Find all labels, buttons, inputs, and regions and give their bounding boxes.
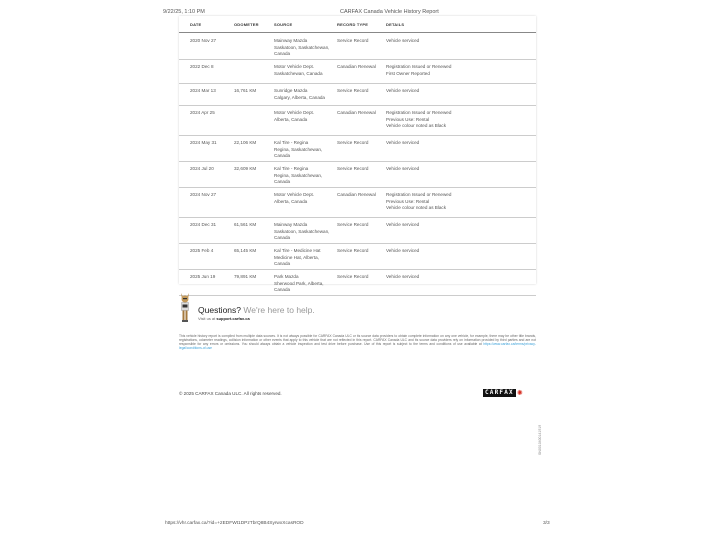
row-odometer: 61,561 KM bbox=[234, 222, 256, 229]
disclaimer: This vehicle history report is compiled … bbox=[179, 334, 536, 350]
carfax-logo: CARFAX ✺ bbox=[483, 389, 523, 397]
table-row: 2020 Nov 27Mainway MazdaSaskatoon, Saska… bbox=[179, 33, 536, 60]
table-row: 2024 May 3122,106 KMKal Tire - ReginaReg… bbox=[179, 135, 536, 162]
row-record-type: Service Record bbox=[337, 38, 368, 45]
row-date: 2020 Nov 27 bbox=[190, 38, 216, 45]
detail-line: First Owner Reported bbox=[386, 71, 526, 78]
print-title: CARFAX Canada Vehicle History Report bbox=[340, 9, 439, 15]
print-url: https://vhr.carfax.ca/?id=+2EDFWt1DPzTbr… bbox=[165, 521, 304, 526]
row-date: 2024 Mar 13 bbox=[190, 88, 216, 95]
table-row: 2024 Dec 3161,561 KMMainway MazdaSaskato… bbox=[179, 217, 536, 244]
row-odometer: 32,609 KM bbox=[234, 166, 256, 173]
table-row: 2025 Jun 1979,891 KMPark MazdaSherwood P… bbox=[179, 269, 536, 296]
row-date: 2024 Nov 27 bbox=[190, 192, 216, 199]
row-details: Vehicle serviced bbox=[386, 222, 526, 229]
col-date: DATE bbox=[190, 22, 201, 27]
vertical-code: SN0010400141919 bbox=[538, 425, 542, 455]
row-date: 2024 Dec 31 bbox=[190, 222, 216, 229]
row-date: 2024 Apr 25 bbox=[190, 110, 215, 117]
row-record-type: Canadian Renewal bbox=[337, 64, 376, 71]
detail-line: Vehicle colour noted as Black bbox=[386, 205, 526, 212]
row-record-type: Service Record bbox=[337, 248, 368, 255]
row-details: Vehicle serviced bbox=[386, 140, 526, 147]
source-line: Canada bbox=[274, 51, 354, 58]
col-odometer: ODOMETER bbox=[234, 22, 259, 27]
row-date: 2022 Dec 8 bbox=[190, 64, 214, 71]
print-datetime: 9/22/25, 1:10 PM bbox=[163, 9, 205, 15]
table-row: 2022 Dec 8Motor Vehicle Dept.Saskatchewa… bbox=[179, 59, 536, 84]
row-record-type: Service Record bbox=[337, 166, 368, 173]
row-record-type: Canadian Renewal bbox=[337, 192, 376, 199]
table-row: 2024 Nov 27Motor Vehicle Dept.Alberta, C… bbox=[179, 187, 536, 218]
detail-line: Vehicle serviced bbox=[386, 140, 526, 147]
source-line: Canada bbox=[274, 235, 354, 242]
page-number: 3/3 bbox=[543, 521, 550, 526]
row-details: Vehicle serviced bbox=[386, 166, 526, 173]
row-date: 2025 Feb 4 bbox=[190, 248, 213, 255]
table-row: 2025 Feb 465,145 KMKal Tire - Medicine H… bbox=[179, 243, 536, 270]
detail-line: Vehicle serviced bbox=[386, 274, 526, 281]
source-line: Canada bbox=[274, 179, 354, 186]
source-line: Calgary, Alberta, Canada bbox=[274, 95, 354, 102]
help-title: Questions? We're here to help. bbox=[198, 305, 315, 315]
help-title-bold: Questions? bbox=[198, 305, 241, 315]
maple-leaf-icon: ✺ bbox=[517, 389, 523, 397]
detail-line: Vehicle serviced bbox=[386, 248, 526, 255]
row-details: Vehicle serviced bbox=[386, 248, 526, 255]
row-odometer: 22,106 KM bbox=[234, 140, 256, 147]
copyright: © 2025 CARFAX Canada ULC. All rights res… bbox=[179, 391, 282, 396]
table-row: 2024 Apr 25Motor Vehicle Dept.Alberta, C… bbox=[179, 105, 536, 136]
row-details: Vehicle serviced bbox=[386, 274, 526, 281]
source-line: Saskatchewan, Canada bbox=[274, 71, 354, 78]
row-date: 2024 May 31 bbox=[190, 140, 217, 147]
row-details: Registration Issued or RenewedFirst Owne… bbox=[386, 64, 526, 77]
source-line: Canada bbox=[274, 153, 354, 160]
source-line: Alberta, Canada bbox=[274, 117, 354, 124]
row-odometer: 79,891 KM bbox=[234, 274, 256, 281]
source-line: Canada bbox=[274, 287, 354, 294]
carfax-logo-text: CARFAX bbox=[483, 389, 516, 397]
detail-line: Vehicle serviced bbox=[386, 222, 526, 229]
help-title-light: We're here to help. bbox=[241, 305, 315, 315]
row-record-type: Service Record bbox=[337, 274, 368, 281]
detail-line: Vehicle serviced bbox=[386, 38, 526, 45]
table-header: DATE ODOMETER SOURCE RECORD TYPE DETAILS bbox=[179, 16, 536, 33]
row-date: 2024 Jul 20 bbox=[190, 166, 214, 173]
detail-line: Vehicle colour noted as Black bbox=[386, 123, 526, 130]
row-details: Vehicle serviced bbox=[386, 38, 526, 45]
row-record-type: Service Record bbox=[337, 88, 368, 95]
col-details: DETAILS bbox=[386, 22, 526, 27]
help-subtitle: Visit us at support.carfax.ca bbox=[198, 316, 250, 321]
row-details: Registration Issued or RenewedPrevious U… bbox=[386, 192, 526, 212]
col-record-type: RECORD TYPE bbox=[337, 22, 368, 27]
row-odometer: 16,761 KM bbox=[234, 88, 256, 95]
detail-line: Vehicle serviced bbox=[386, 166, 526, 173]
row-record-type: Service Record bbox=[337, 222, 368, 229]
row-date: 2025 Jun 19 bbox=[190, 274, 215, 281]
table-row: 2024 Mar 1316,761 KMSunridge MazdaCalgar… bbox=[179, 83, 536, 106]
row-odometer: 65,145 KM bbox=[234, 248, 256, 255]
source-line: Alberta, Canada bbox=[274, 199, 354, 206]
row-details: Registration Issued or RenewedPrevious U… bbox=[386, 110, 526, 130]
history-table: DATE ODOMETER SOURCE RECORD TYPE DETAILS… bbox=[179, 16, 536, 284]
row-details: Vehicle serviced bbox=[386, 88, 526, 95]
fox-mascot-icon bbox=[178, 292, 192, 324]
source-line: Canada bbox=[274, 261, 354, 268]
row-record-type: Canadian Renewal bbox=[337, 110, 376, 117]
row-record-type: Service Record bbox=[337, 140, 368, 147]
help-sub-prefix: Visit us at bbox=[198, 316, 216, 321]
support-link[interactable]: support.carfax.ca bbox=[216, 316, 249, 321]
table-row: 2024 Jul 2032,609 KMKal Tire - ReginaReg… bbox=[179, 161, 536, 188]
detail-line: Vehicle serviced bbox=[386, 88, 526, 95]
